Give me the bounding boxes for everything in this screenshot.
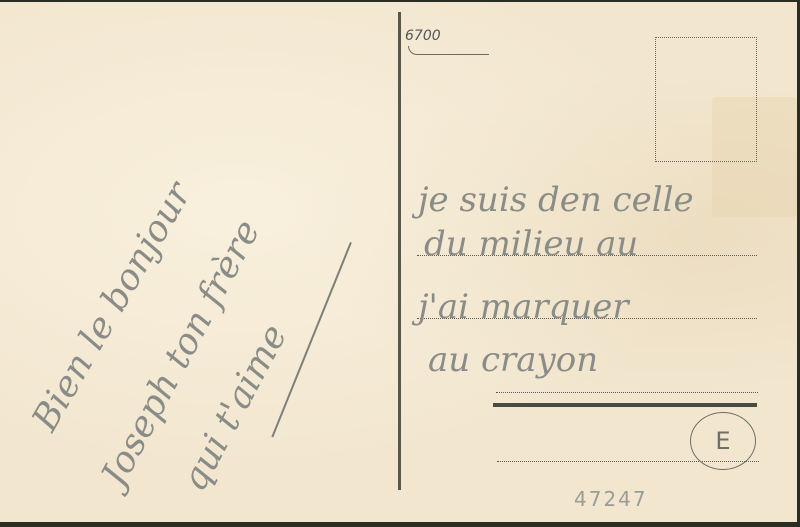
reference-number: 6700 [405, 28, 441, 44]
circle-mark: E [690, 412, 756, 470]
postcard-back: 6700 Bien le bonjour Joseph ton frère qu… [0, 2, 797, 522]
address-line-3 [496, 392, 758, 393]
circle-mark-letter: E [715, 427, 730, 455]
right-message-line-4: au crayon [428, 340, 598, 380]
center-divider-line [398, 12, 401, 490]
inventory-number: 47247 [574, 487, 648, 511]
right-message-line-1: je suis den celle [418, 180, 694, 220]
reference-underline [408, 46, 489, 55]
stamp-box [655, 37, 757, 162]
right-message-line-3: j'ai marquer [418, 287, 629, 327]
address-solid-line [493, 403, 757, 407]
right-message-line-2: du milieu au [424, 224, 638, 264]
